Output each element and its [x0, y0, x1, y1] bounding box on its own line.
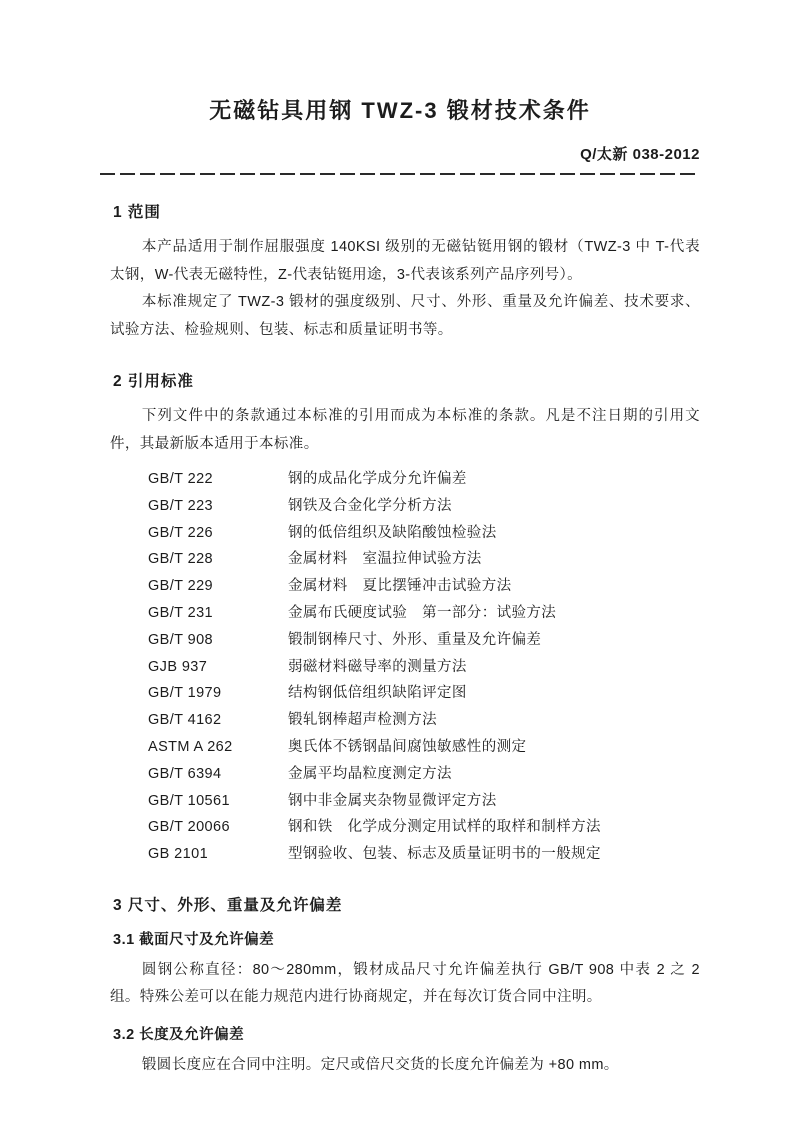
standard-code: GB/T 222: [148, 466, 288, 493]
document-page: 无磁钻具用钢 TWZ-3 锻材技术条件 Q/太新 038-2012 1 范围 本…: [0, 0, 794, 1123]
standard-title: 型钢验收、包装、标志及质量证明书的一般规定: [288, 841, 700, 868]
header-divider: [100, 173, 700, 175]
section-3-1-paragraph: 圆钢公称直径：80～280mm，锻材成品尺寸允许偏差执行 GB/T 908 中表…: [110, 957, 700, 1012]
standard-code: GB/T 908: [148, 627, 288, 654]
standard-row: GB 2101型钢验收、包装、标志及质量证明书的一般规定: [148, 841, 700, 868]
standard-row: GB/T 6394金属平均晶粒度测定方法: [148, 761, 700, 788]
standard-title: 锻轧钢棒超声检测方法: [288, 707, 700, 734]
section-2-intro: 下列文件中的条款通过本标准的引用而成为本标准的条款。凡是不注日期的引用文件，其最…: [110, 403, 700, 458]
standard-title: 金属材料 室温拉伸试验方法: [288, 546, 700, 573]
standard-row: GB/T 10561钢中非金属夹杂物显微评定方法: [148, 788, 700, 815]
standard-code: GB/T 10561: [148, 788, 288, 815]
standard-row: GB/T 226钢的低倍组织及缺陷酸蚀检验法: [148, 520, 700, 547]
standard-title: 钢的成品化学成分允许偏差: [288, 466, 700, 493]
standard-title: 金属布氏硬度试验 第一部分：试验方法: [288, 600, 700, 627]
standard-code: GB/T 6394: [148, 761, 288, 788]
standard-title: 金属平均晶粒度测定方法: [288, 761, 700, 788]
standard-code: GB/T 231: [148, 600, 288, 627]
section-3-2-paragraph: 锻圆长度应在合同中注明。定尺或倍尺交货的长度允许偏差为 +80 mm。: [110, 1052, 700, 1080]
section-1-paragraph-1: 本产品适用于制作屈服强度 140KSI 级别的无磁钻铤用钢的锻材（TWZ-3 中…: [110, 234, 700, 289]
standard-title: 弱磁材料磁导率的测量方法: [288, 654, 700, 681]
standard-row: GB/T 231金属布氏硬度试验 第一部分：试验方法: [148, 600, 700, 627]
standard-row: GB/T 228金属材料 室温拉伸试验方法: [148, 546, 700, 573]
standard-row: GB/T 222钢的成品化学成分允许偏差: [148, 466, 700, 493]
section-1-paragraph-2: 本标准规定了 TWZ-3 锻材的强度级别、尺寸、外形、重量及允许偏差、技术要求、…: [110, 289, 700, 344]
standard-code: ASTM A 262: [148, 734, 288, 761]
standard-row: GB/T 1979结构钢低倍组织缺陷评定图: [148, 680, 700, 707]
standard-code: GB/T 228: [148, 546, 288, 573]
document-number: Q/太新 038-2012: [100, 143, 700, 164]
section-1-heading: 1 范围: [113, 202, 700, 224]
standard-row: ASTM A 262奥氏体不锈钢晶间腐蚀敏感性的测定: [148, 734, 700, 761]
standard-code: GB 2101: [148, 841, 288, 868]
standard-title: 钢和铁 化学成分测定用试样的取样和制样方法: [288, 814, 700, 841]
standard-title: 金属材料 夏比摆锤冲击试验方法: [288, 573, 700, 600]
standard-title: 锻制钢棒尺寸、外形、重量及允许偏差: [288, 627, 700, 654]
standard-row: GB/T 229金属材料 夏比摆锤冲击试验方法: [148, 573, 700, 600]
standard-row: GB/T 20066钢和铁 化学成分测定用试样的取样和制样方法: [148, 814, 700, 841]
standard-code: GJB 937: [148, 654, 288, 681]
section-3-heading: 3 尺寸、外形、重量及允许偏差: [113, 895, 700, 917]
section-3-2-heading: 3.2 长度及允许偏差: [113, 1024, 700, 1046]
section-3-1-heading: 3.1 截面尺寸及允许偏差: [113, 929, 700, 951]
standard-code: GB/T 226: [148, 520, 288, 547]
standard-title: 钢铁及合金化学分析方法: [288, 493, 700, 520]
standard-title: 奥氏体不锈钢晶间腐蚀敏感性的测定: [288, 734, 700, 761]
section-2-heading: 2 引用标准: [113, 371, 700, 393]
standard-code: GB/T 229: [148, 573, 288, 600]
standard-title: 钢的低倍组织及缺陷酸蚀检验法: [288, 520, 700, 547]
standard-title: 结构钢低倍组织缺陷评定图: [288, 680, 700, 707]
standard-row: GB/T 223钢铁及合金化学分析方法: [148, 493, 700, 520]
standard-row: GB/T 908锻制钢棒尺寸、外形、重量及允许偏差: [148, 627, 700, 654]
standard-row: GJB 937弱磁材料磁导率的测量方法: [148, 654, 700, 681]
standard-code: GB/T 223: [148, 493, 288, 520]
standard-code: GB/T 4162: [148, 707, 288, 734]
document-title: 无磁钻具用钢 TWZ-3 锻材技术条件: [100, 96, 700, 126]
standards-list: GB/T 222钢的成品化学成分允许偏差GB/T 223钢铁及合金化学分析方法G…: [148, 466, 700, 868]
standard-code: GB/T 1979: [148, 680, 288, 707]
standard-code: GB/T 20066: [148, 814, 288, 841]
standard-row: GB/T 4162锻轧钢棒超声检测方法: [148, 707, 700, 734]
standard-title: 钢中非金属夹杂物显微评定方法: [288, 788, 700, 815]
